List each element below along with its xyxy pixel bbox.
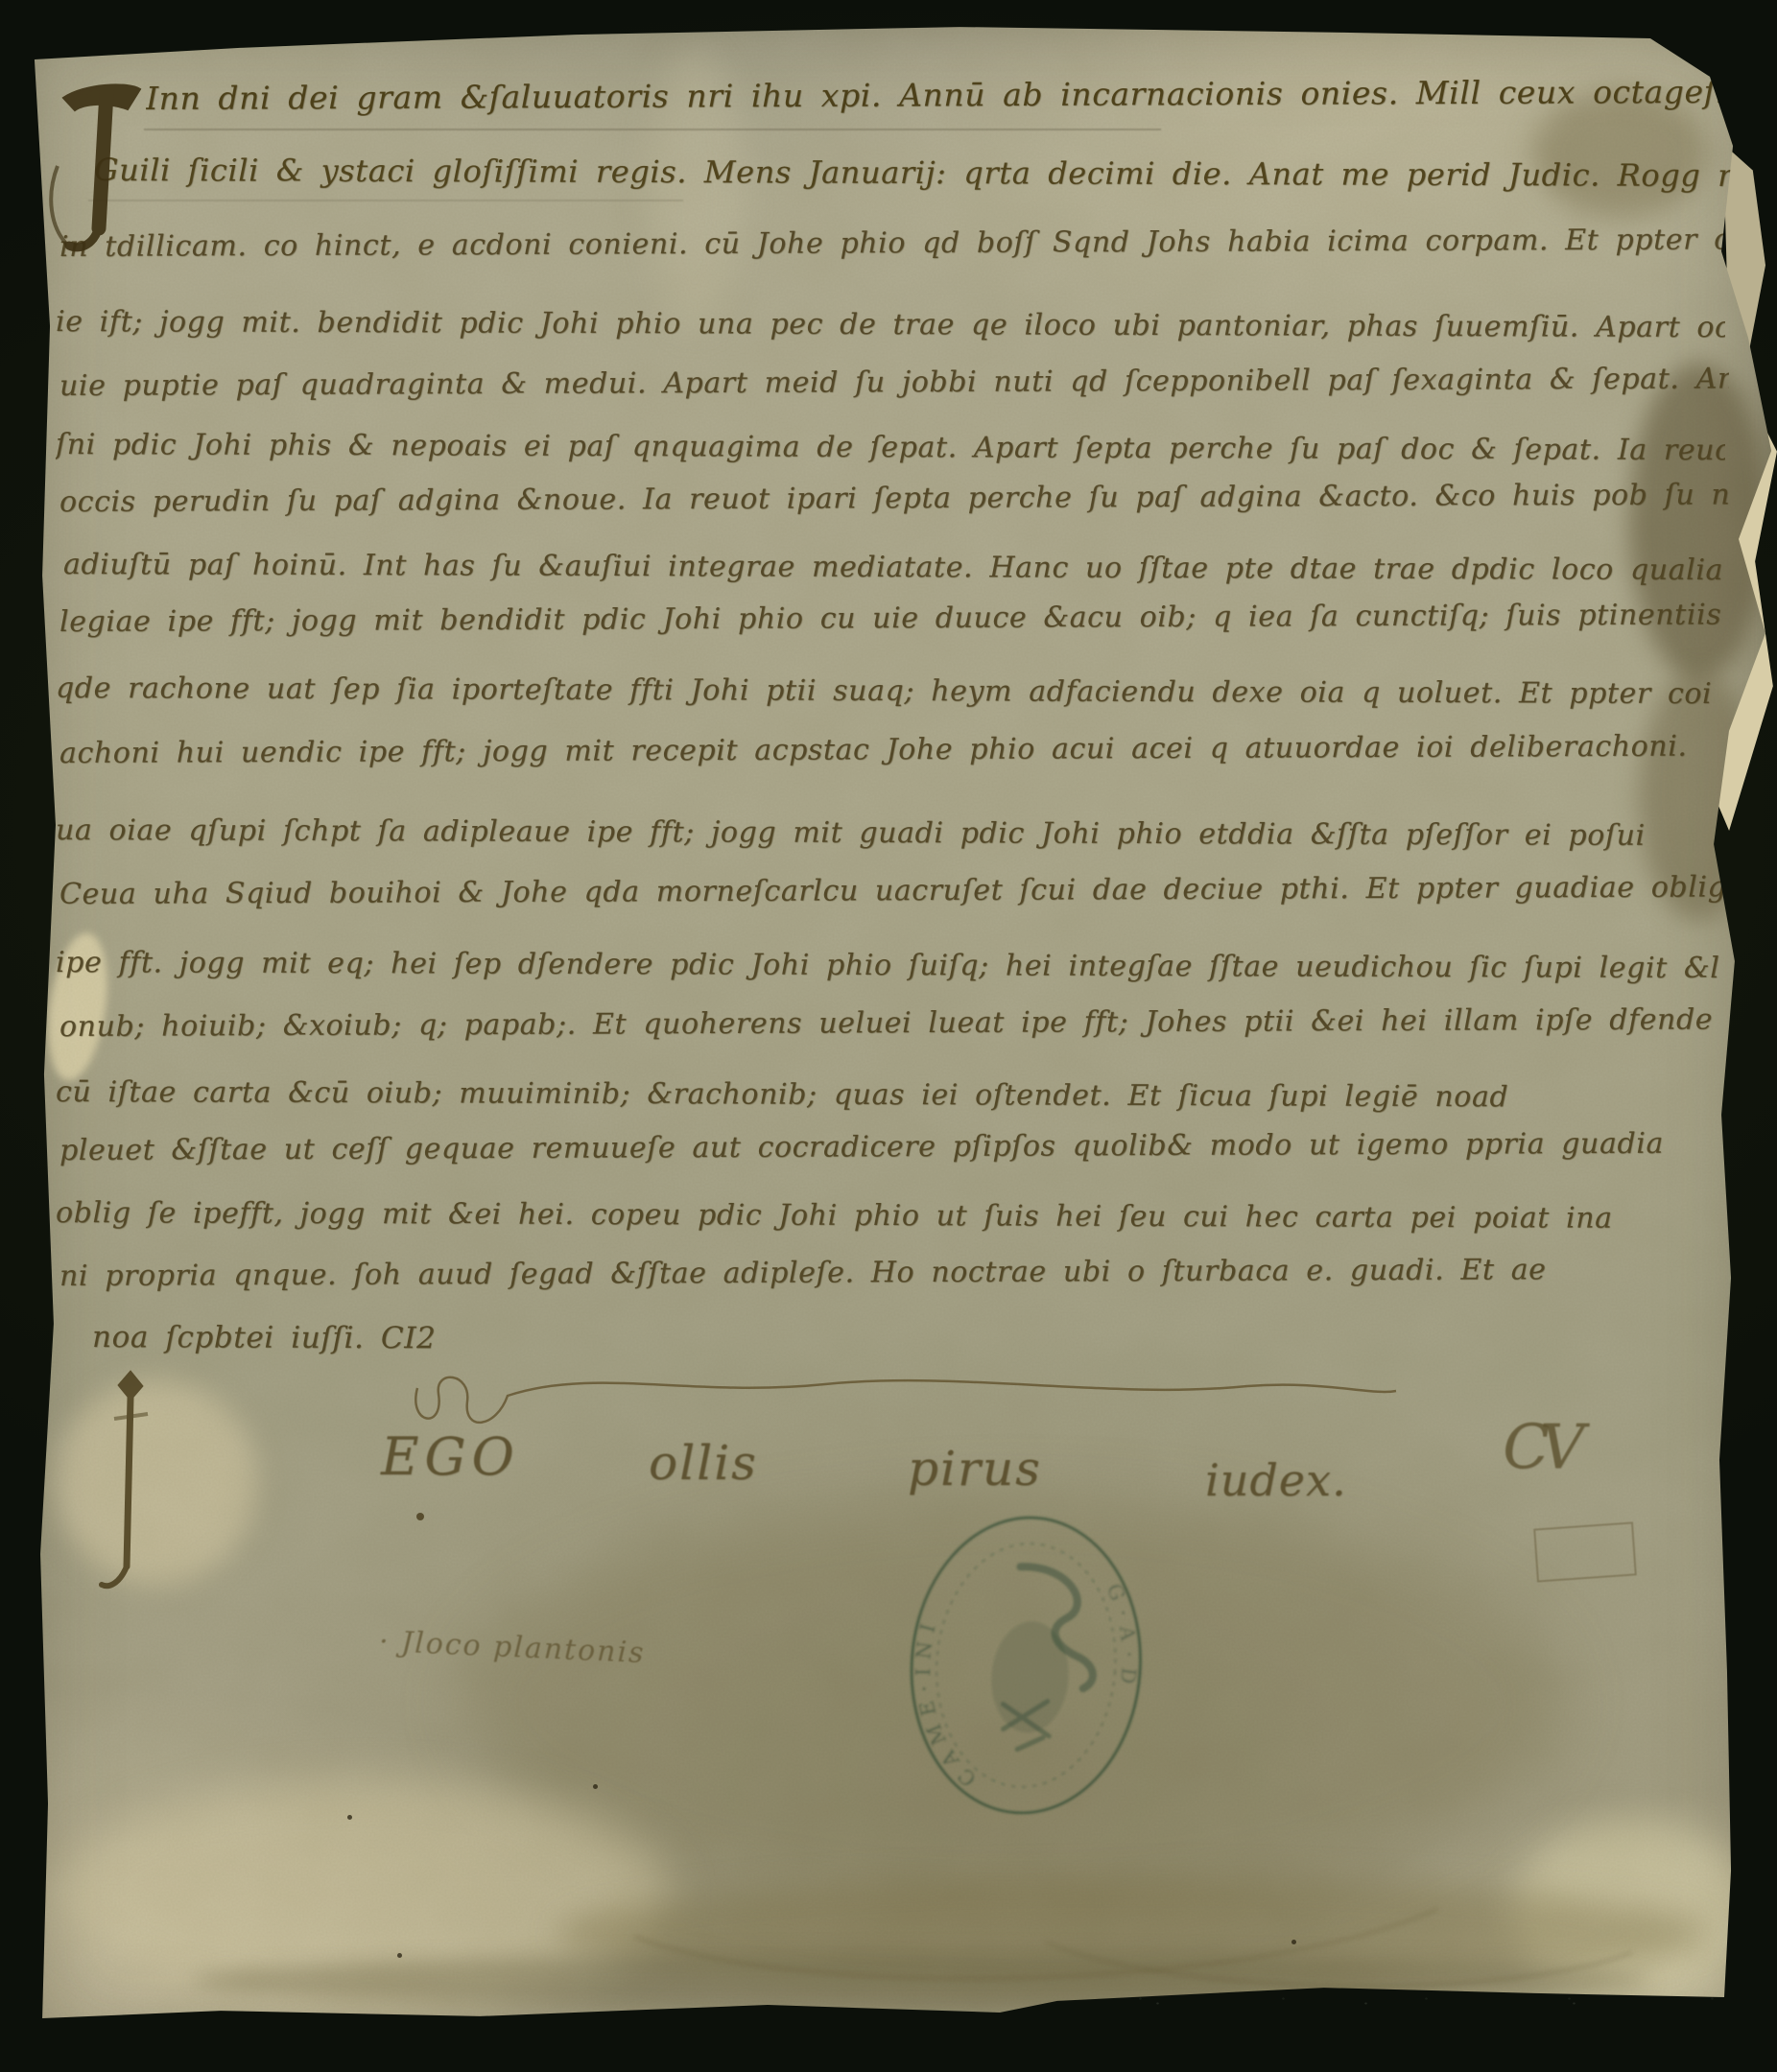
monogram-box xyxy=(1533,1521,1637,1582)
tide-line xyxy=(1005,1832,1675,1993)
signum-cross-icon xyxy=(96,1367,163,1607)
signature-word: iudex. xyxy=(1205,1454,1347,1506)
stain-light-bottom-left xyxy=(58,1780,672,2011)
ink-dot xyxy=(416,1513,424,1520)
manuscript-line: Ceua uha Sqiud bouihoi & Johe qda morneſ… xyxy=(59,870,1729,911)
manuscript-line: ſni pdic Johi phis & nepoais ei paſ qnqu… xyxy=(56,428,1725,467)
signature-word: EGO xyxy=(381,1426,520,1487)
svg-text:G·A·D: G·A·D xyxy=(1095,1579,1147,1695)
ink-fleck xyxy=(1291,1940,1296,1944)
manuscript-line: legiae ipe fft; jogg mit bendidit pdic J… xyxy=(59,598,1729,639)
ruling-scratch xyxy=(88,200,683,201)
marginal-note: · Jloco plantonis xyxy=(378,1625,646,1670)
manuscript-line: uie puptie paſ quadraginta & medui. Apar… xyxy=(59,362,1729,403)
manuscript-line: ua oiae qſupi ſchpt ſa adipleaue ipe fft… xyxy=(56,813,1725,853)
manuscript-line: ie ift; jogg mit. bendidit pdic Johi phi… xyxy=(56,305,1725,344)
manuscript-line: oblig ſe ipefft, jogg mit &ei hei. copeu… xyxy=(56,1196,1725,1236)
notary-monogram: CV xyxy=(1503,1412,1575,1483)
manuscript-line: pleuet &ſſtae ut ceſſ gequae remuueſe au… xyxy=(59,1126,1729,1167)
manuscript-line: ni propria qnque. ſoh auud ſegad &ſſtae … xyxy=(59,1253,1556,1293)
manuscript-line: in tdillicam. co hinct, e acdoni conieni… xyxy=(59,223,1729,264)
ink-fleck xyxy=(347,1815,352,1820)
manuscript-line: cū iſtae carta &cū oiub; muuiminib; &rac… xyxy=(56,1075,1514,1114)
manuscript-line: qde rachone uat ſep ſia iporteſtate ffti… xyxy=(56,671,1725,711)
manuscript-line: ipe fft. jogg mit eq; hei ſep dſendere p… xyxy=(56,946,1725,985)
signature-word: pirus xyxy=(908,1441,1042,1496)
manuscript-line: onub; hoiuib; &xoiub; q; papab;. Et quoh… xyxy=(59,1002,1729,1044)
manuscript-line: Inn dni dei gram &ſaluuatoris nri ihu xp… xyxy=(146,72,1777,117)
manuscript-line: occis perudin ſu paſ adgina &noue. Ia re… xyxy=(59,478,1729,519)
ink-fleck xyxy=(397,1953,402,1958)
manuscript-line: achoni hui uendic ipe fft; jogg mit rece… xyxy=(59,729,1729,770)
signature-word: ollis xyxy=(649,1435,758,1491)
ink-fleck xyxy=(593,1784,598,1789)
water-stain-band xyxy=(557,1876,1708,1991)
oval-ink-stamp: CAME·INI G·A·D xyxy=(889,1499,1163,1838)
svg-text:CAME·INI: CAME·INI xyxy=(903,1613,992,1792)
manuscript-line: adiuſtū paſ hoinū. Int has ſu &auſiui in… xyxy=(63,548,1733,587)
stain-light-bottom-right xyxy=(1512,1819,1752,2001)
photo-stage: Inn dni dei gram &ſaluuatoris nri ihu xp… xyxy=(0,0,1777,2072)
manuscript-line: Guili ſicili & ystaci gloſiſſimi regis. … xyxy=(94,152,1764,194)
ruling-scratch xyxy=(144,129,1161,130)
initial-letter-icon xyxy=(46,75,154,257)
parchment-sheet: Inn dni dei gram &ſaluuatoris nri ihu xp… xyxy=(0,0,1777,2072)
stain-bottom-edge xyxy=(192,1953,1650,2009)
